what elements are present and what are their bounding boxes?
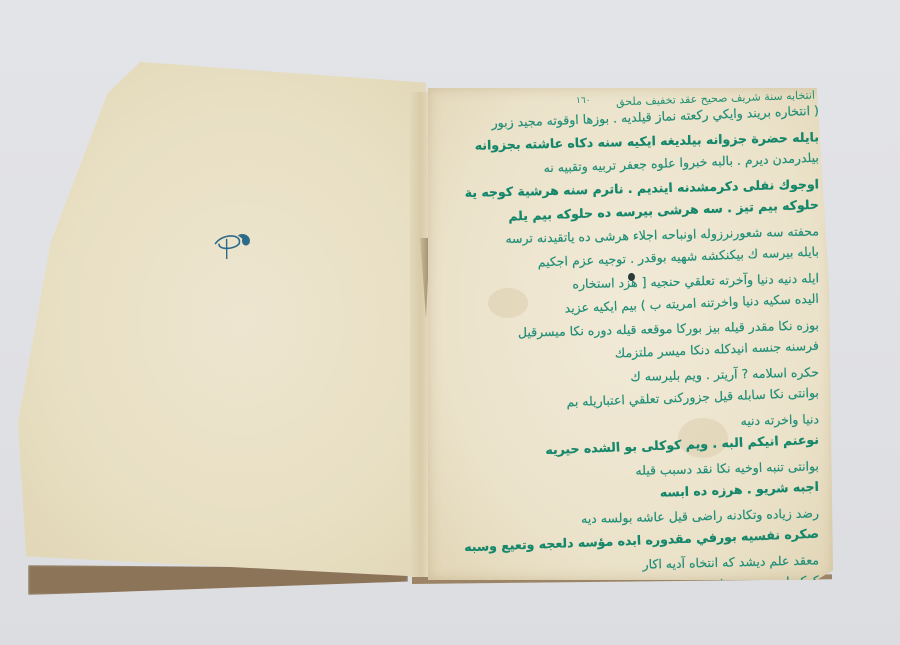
signature-stroke-icon: [208, 226, 261, 263]
signature-mark: [203, 219, 267, 265]
page-number: ١٦٠: [576, 96, 591, 106]
handwritten-lines: ( انتخاره بريند وايكي ركعته نماز قيلديه …: [438, 106, 819, 572]
left-page-blank: [18, 62, 426, 577]
photo-scene: انتخابه سنة شريف صحيح عقد تخفيف ملحق ١٦٠…: [0, 0, 900, 645]
right-page-handwritten: انتخابه سنة شريف صحيح عقد تخفيف ملحق ١٦٠…: [428, 88, 833, 580]
